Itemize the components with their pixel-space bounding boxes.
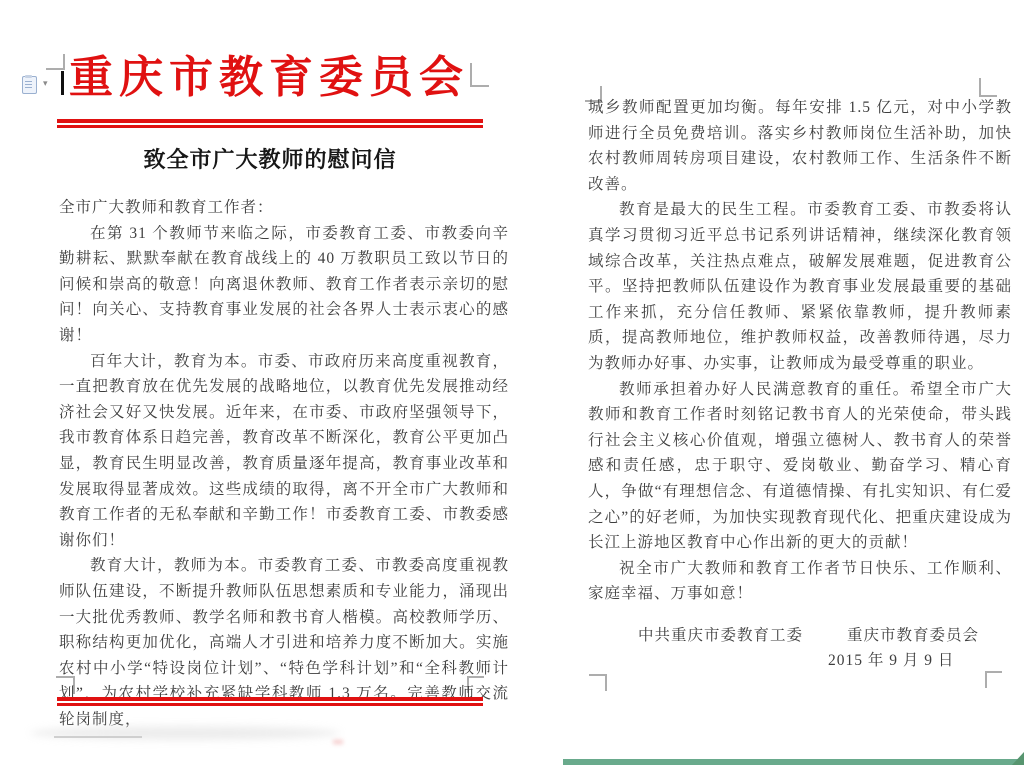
footer-rule bbox=[57, 697, 483, 706]
paragraph-1: 在第 31 个教师节来临之际，市委教育工委、市教委向辛勤耕耘、默默奉献在教育战线… bbox=[59, 221, 509, 349]
paragraph-4: 教育是最大的民生工程。市委教育工委、市教委将认真学习贯彻习近平总书记系列讲话精神… bbox=[588, 197, 1012, 376]
background-window-edge[interactable] bbox=[563, 759, 1024, 765]
signature-org-left: 中共重庆市委教育工委 bbox=[638, 623, 803, 649]
paste-options-button[interactable]: ▾ bbox=[22, 76, 56, 96]
red-smudge-artifact bbox=[333, 740, 343, 744]
chevron-down-icon: ▾ bbox=[43, 79, 48, 89]
paragraph-2: 百年大计，教育为本。市委、市政府历来高度重视教育，一直把教育放在优先发展的战略地… bbox=[59, 349, 509, 554]
document-canvas: ▾ 重庆市教育委员会 致全市广大教师的慰问信 全市广大教师和教育工作者： 在第 … bbox=[0, 0, 1024, 768]
signature-org-right: 重庆市教育委员会 bbox=[847, 623, 979, 649]
page-edge-artifact bbox=[54, 736, 142, 738]
signature-row: 中共重庆市委教育工委 重庆市教育委员会 bbox=[588, 623, 1012, 649]
paragraph-5: 教师承担着办好人民满意教育的重任。希望全市广大教师和教育工作者时刻铭记教书育人的… bbox=[588, 377, 1012, 556]
clipboard-paste-icon bbox=[22, 76, 37, 94]
page1-body: 全市广大教师和教育工作者： 在第 31 个教师节来临之际，市委教育工委、市教委向… bbox=[59, 195, 509, 732]
page2-corner-mark-bottom-left bbox=[589, 674, 607, 691]
paragraph-3-continued: 城乡教师配置更加均衡。每年安排 1.5 亿元，对中小学教师进行全员免费培训。落实… bbox=[588, 95, 1012, 197]
background-window-corner bbox=[1012, 752, 1024, 765]
paragraph-6: 祝全市广大教师和教育工作者节日快乐、工作顺利、家庭幸福、万事如意！ bbox=[588, 556, 1012, 607]
salutation: 全市广大教师和教育工作者： bbox=[59, 195, 509, 221]
signature-date: 2015 年 9 月 9 日 bbox=[588, 648, 1012, 674]
letterhead-rule bbox=[57, 119, 483, 128]
letterhead-title: 重庆市教育委员会 bbox=[55, 48, 483, 108]
document-title: 致全市广大教师的慰问信 bbox=[57, 143, 483, 174]
page2-body: 城乡教师配置更加均衡。每年安排 1.5 亿元，对中小学教师进行全员免费培训。落实… bbox=[588, 95, 1012, 674]
